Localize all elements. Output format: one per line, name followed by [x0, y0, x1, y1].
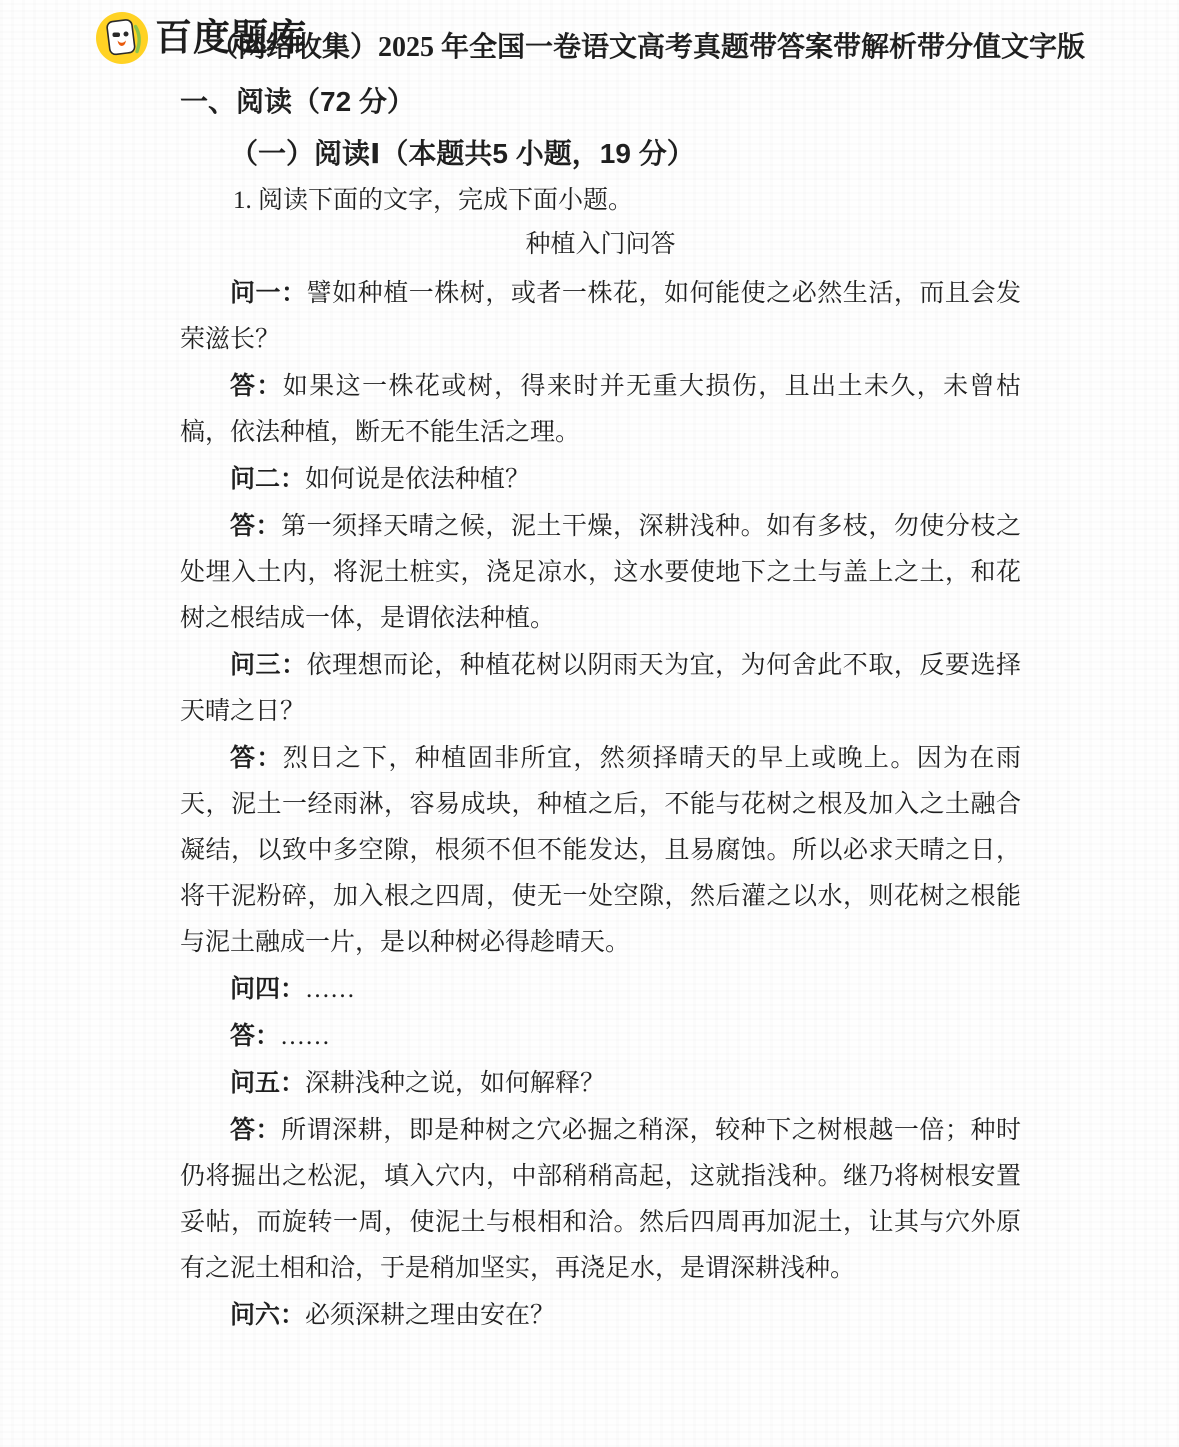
qa-paragraph: 答：所谓深耕，即是种树之穴必掘之稍深，较种下之树根越一倍；种时仍将掘出之松泥，填…: [180, 1107, 1021, 1292]
qa-label: 问一：: [230, 279, 307, 307]
qa-label: 答：: [230, 512, 281, 540]
qa-text: 如何说是依法种植？: [305, 466, 530, 493]
qa-paragraph: 问三：依理想而论，种植花树以阴雨天为宜，为何舍此不取，反要选择天晴之日？: [180, 642, 1021, 735]
qa-label: 答：: [230, 1022, 280, 1050]
instruction-line: 1. 阅读下面的文字，完成下面小题。: [180, 186, 1021, 216]
qa-paragraph: 答：第一须择天晴之候，泥土干燥，深耕浅种。如有多枝，勿使分枝之处埋入土内，将泥土…: [180, 503, 1021, 642]
qa-label: 问六：: [230, 1301, 305, 1329]
section-heading: 一、阅读（72 分）: [180, 86, 1021, 118]
qa-text: 譬如种植一株树，或者一株花，如何能使之必然生活，而且会发荣滋长？: [180, 280, 1021, 353]
document-content: （网络收集）2025 年全国一卷语文高考真题带答案带解析带分值文字版 一、阅读（…: [180, 28, 1021, 1339]
qa-label: 问三：: [230, 651, 307, 679]
notepad-face-icon: [95, 11, 149, 65]
qa-label: 问二：: [230, 465, 305, 493]
passage-title: 种植入门问答: [180, 230, 1021, 260]
qa-paragraph: 问五：深耕浅种之说，如何解释？: [180, 1060, 1021, 1107]
qa-list: 问一：譬如种植一株树，或者一株花，如何能使之必然生活，而且会发荣滋长？ 答：如果…: [180, 270, 1021, 1339]
qa-label: 问五：: [230, 1069, 305, 1097]
baidu-tiku-watermark: 百度题库: [95, 11, 307, 65]
brand-text: 百度题库: [155, 11, 307, 65]
qa-paragraph: 问六：必须深耕之理由安在？: [180, 1292, 1021, 1339]
qa-paragraph: 问二：如何说是依法种植？: [180, 456, 1021, 503]
qa-label: 答：: [230, 744, 283, 772]
qa-text: 深耕浅种之说，如何解释？: [305, 1070, 605, 1097]
qa-text: 如果这一株花或树，得来时并无重大损伤，且出土未久，未曾枯槁，依法种植，断无不能生…: [180, 373, 1021, 446]
qa-text: ……: [305, 976, 355, 1003]
qa-text: 烈日之下，种植固非所宜，然须择晴天的早上或晚上。因为在雨天，泥土一经雨淋，容易成…: [180, 745, 1021, 956]
qa-text: 第一须择天晴之候，泥土干燥，深耕浅种。如有多枝，勿使分枝之处埋入土内，将泥土桩实…: [180, 513, 1021, 632]
qa-text: 所谓深耕，即是种树之穴必掘之稍深，较种下之树根越一倍；种时仍将掘出之松泥，填入穴…: [180, 1117, 1021, 1282]
document-page: 百度题库 （网络收集）2025 年全国一卷语文高考真题带答案带解析带分值文字版 …: [0, 0, 1179, 1447]
qa-label: 问四：: [230, 975, 305, 1003]
qa-label: 答：: [230, 372, 283, 400]
qa-paragraph: 答：……: [180, 1013, 1021, 1060]
qa-text: 依理想而论，种植花树以阴雨天为宜，为何舍此不取，反要选择天晴之日？: [180, 652, 1021, 725]
qa-label: 答：: [230, 1116, 281, 1144]
qa-paragraph: 答：如果这一株花或树，得来时并无重大损伤，且出土未久，未曾枯槁，依法种植，断无不…: [180, 363, 1021, 456]
qa-paragraph: 问四：……: [180, 966, 1021, 1013]
qa-text: 必须深耕之理由安在？: [305, 1302, 555, 1329]
subsection-heading: （一）阅读Ⅰ（本题共5 小题，19 分）: [180, 138, 1021, 170]
qa-paragraph: 答：烈日之下，种植固非所宜，然须择晴天的早上或晚上。因为在雨天，泥土一经雨淋，容…: [180, 735, 1021, 966]
qa-text: ……: [280, 1023, 330, 1050]
qa-paragraph: 问一：譬如种植一株树，或者一株花，如何能使之必然生活，而且会发荣滋长？: [180, 270, 1021, 363]
